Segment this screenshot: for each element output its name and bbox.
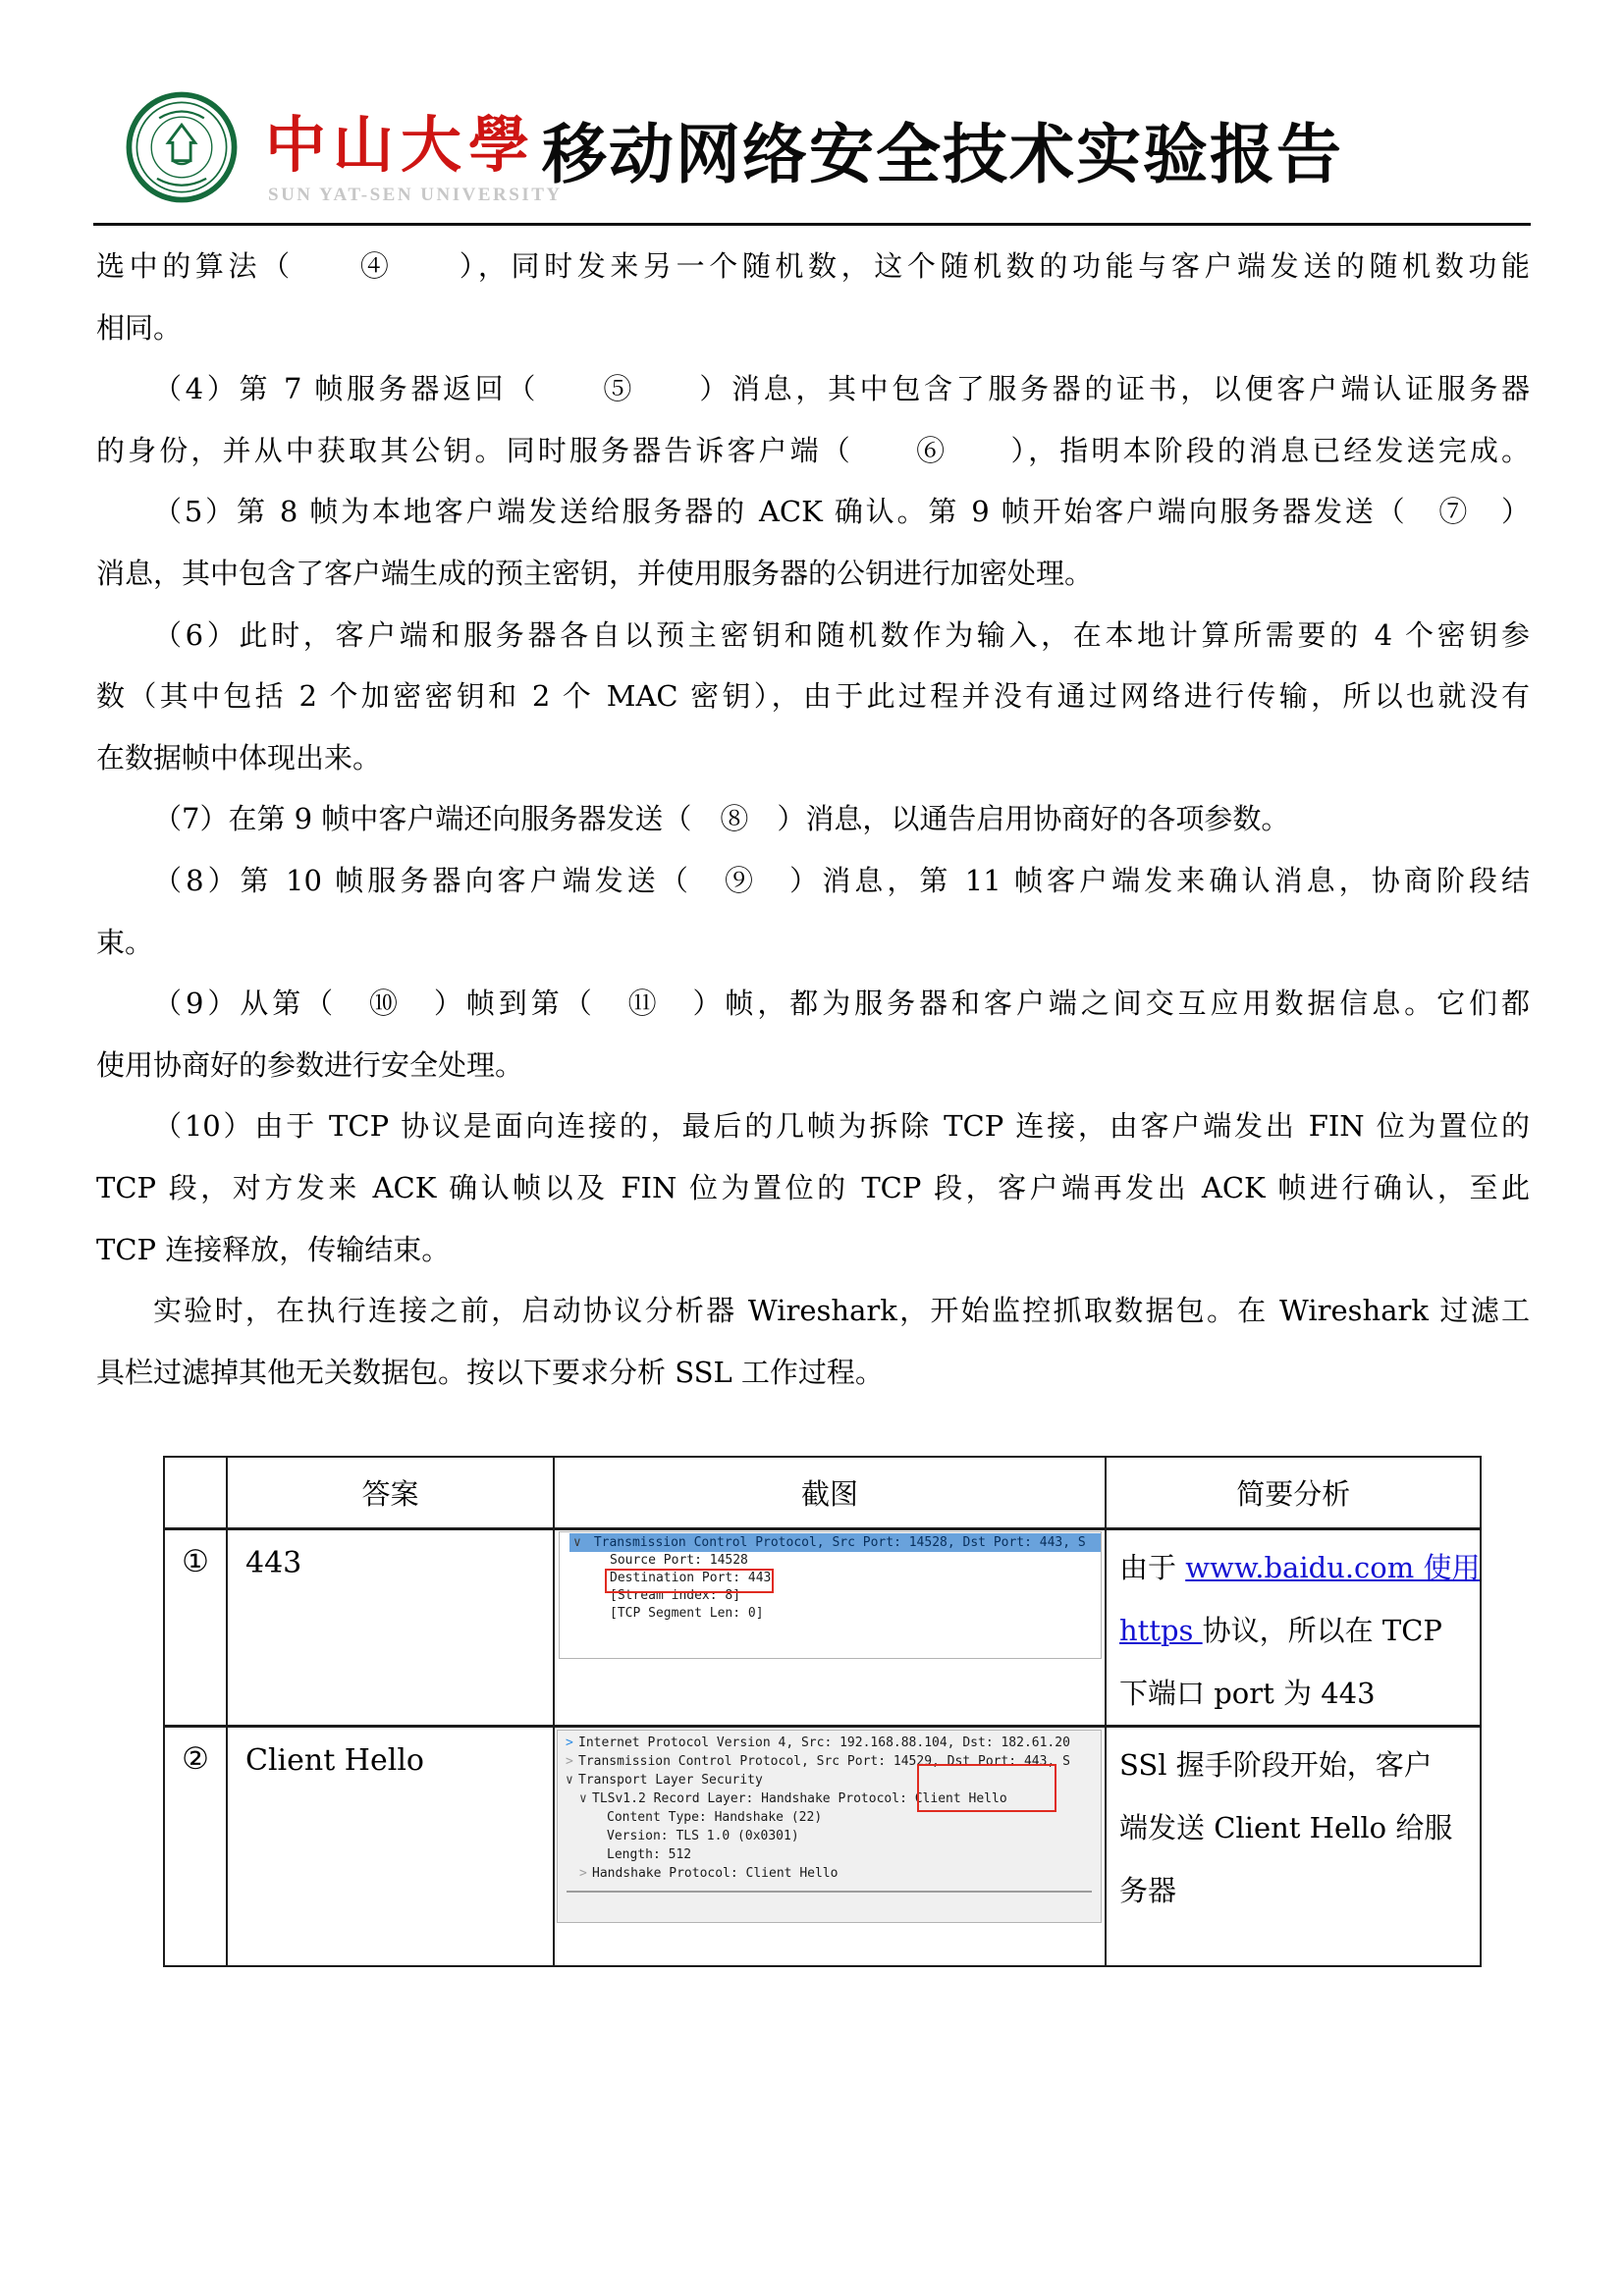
body-line: 实验时，在执行连接之前，启动协议分析器 Wireshark，开始监控抓取数据包。… <box>96 1280 1530 1342</box>
body-line: TCP 段，对方发来 ACK 确认帧以及 FIN 位为置位的 TCP 段，客户端… <box>96 1157 1530 1219</box>
col-header-answer: 答案 <box>227 1457 554 1529</box>
row-number-cell: ① <box>164 1529 227 1727</box>
body-line: 数（其中包括 2 个加密密钥和 2 个 MAC 密钥），由于此过程并没有通过网络… <box>96 666 1530 727</box>
body-line: 束。 <box>96 912 1530 974</box>
analysis-text: 协议，所以在 TCP <box>1203 1614 1442 1647</box>
tree-row-label: [TCP Segment Len: 0] <box>560 1605 1101 1623</box>
tree-row-label: TLSv1.2 Record Layer: Handshake Protocol… <box>592 1791 915 1806</box>
answer-value: Client Hello <box>228 1728 553 1778</box>
table-row: ② Client Hello >Internet Protocol Versio… <box>164 1727 1481 1967</box>
body-line: 具栏过滤掉其他无关数据包。按以下要求分析 SSL 工作过程。 <box>96 1342 1530 1404</box>
body-line: （5）第 8 帧为本地客户端发送给服务器的 ACK 确认。第 9 帧开始客户端向… <box>96 481 1530 543</box>
tree-row-label: Internet Protocol Version 4, Src: 192.16… <box>578 1735 1070 1750</box>
tree-row-label: Transport Layer Security <box>578 1773 763 1788</box>
analysis-text: 端发送 Client Hello 给服 <box>1119 1811 1452 1844</box>
analysis-text: 务器 <box>1119 1874 1176 1907</box>
analysis-line: SSl 握手阶段开始，客户 <box>1107 1734 1480 1796</box>
wireshark-selected-row: ∨ Transmission Control Protocol, Src Por… <box>569 1533 1101 1552</box>
chevron-expanded-icon: ∨ <box>573 1533 586 1552</box>
university-seal-logo <box>126 91 238 203</box>
analysis-line: 下端口 port 为 443 <box>1107 1662 1480 1725</box>
answer-cell: 443 <box>227 1529 554 1727</box>
https-link[interactable]: https <box>1119 1614 1203 1647</box>
university-name-cn: 中山大學 <box>265 96 536 184</box>
body-line: （6）此时，客户端和服务器各自以预主密钥和随机数作为输入，在本地计算所需要的 4… <box>96 605 1530 667</box>
analysis-text: 下端口 port 为 443 <box>1119 1677 1376 1710</box>
tree-row-label: Transmission Control Protocol, Src Port:… <box>594 1535 1086 1550</box>
body-line: 使用协商好的参数进行安全处理。 <box>96 1035 1530 1096</box>
analysis-line: 由于 www.baidu.com 使用 <box>1107 1536 1480 1599</box>
screenshot-cell: >Internet Protocol Version 4, Src: 192.1… <box>554 1727 1106 1967</box>
body-line: 选中的算法（ ④ ），同时发来另一个随机数，这个随机数的功能与客户端发送的随机数… <box>96 236 1530 297</box>
analysis-cell: SSl 握手阶段开始，客户 端发送 Client Hello 给服 务器 <box>1106 1727 1481 1967</box>
col-header-screenshot: 截图 <box>554 1457 1106 1529</box>
body-line: （4）第 7 帧服务器返回（ ⑤ ）消息，其中包含了服务器的证书，以便客户端认证… <box>96 358 1530 420</box>
body-line: TCP 连接释放，传输结束。 <box>96 1219 1530 1281</box>
body-line: （7）在第 9 帧中客户端还向服务器发送（ ⑧ ）消息，以通告启用协商好的各项参… <box>96 788 1530 850</box>
analysis-line: https 协议，所以在 TCP <box>1107 1599 1480 1662</box>
analysis-text: 由于 <box>1119 1551 1185 1584</box>
pane-separator <box>567 1891 1092 1893</box>
row-number: ② <box>165 1728 226 1777</box>
tree-row: >Handshake Protocol: Client Hello <box>558 1864 1101 1883</box>
tree-row-label: Handshake Protocol: Client Hello <box>592 1866 838 1881</box>
wireshark-screenshot-tcp: ∨ Transmission Control Protocol, Src Por… <box>559 1531 1102 1659</box>
tree-row: >Internet Protocol Version 4, Src: 192.1… <box>558 1734 1101 1752</box>
chevron-collapsed-icon: > <box>579 1864 592 1883</box>
answer-value: 443 <box>228 1530 553 1580</box>
body-line: 的身份，并从中获取其公钥。同时服务器告诉客户端（ ⑥ ），指明本阶段的消息已经发… <box>96 420 1530 482</box>
table-header-row: 答案 截图 简要分析 <box>164 1457 1481 1529</box>
tree-row: Length: 512 <box>558 1845 1101 1864</box>
baidu-link[interactable]: www.baidu.com 使用 <box>1185 1551 1480 1584</box>
chevron-expanded-icon: ∨ <box>566 1771 578 1789</box>
tree-row-label: Length: 512 <box>607 1847 691 1862</box>
analysis-cell: 由于 www.baidu.com 使用 https 协议，所以在 TCP 下端口… <box>1106 1529 1481 1727</box>
table-row: ① 443 ∨ Transmission Control Protocol, S… <box>164 1529 1481 1727</box>
chevron-expanded-icon: ∨ <box>579 1789 592 1808</box>
university-name-en: SUN YAT-SEN UNIVERSITY <box>268 185 563 206</box>
chevron-collapsed-icon: > <box>566 1734 578 1752</box>
screenshot-cell: ∨ Transmission Control Protocol, Src Por… <box>554 1529 1106 1727</box>
tree-row-label: Content Type: Handshake (22) <box>607 1810 822 1825</box>
body-line: 消息，其中包含了客户端生成的预主密钥，并使用服务器的公钥进行加密处理。 <box>96 543 1530 605</box>
client-hello-highlight-box <box>917 1764 1056 1812</box>
body-line: （9）从第（ ⑩ ）帧到第（ ⑪ ）帧，都为服务器和客户端之间交互应用数据信息。… <box>96 973 1530 1035</box>
tree-row: Version: TLS 1.0 (0x0301) <box>558 1827 1101 1845</box>
report-title: 移动网络安全技术实验报告 <box>542 102 1343 195</box>
col-header-no <box>164 1457 227 1529</box>
destination-port-highlight-box <box>605 1569 774 1593</box>
header-divider <box>93 223 1531 226</box>
analysis-line: 务器 <box>1107 1859 1480 1922</box>
tree-row-label: Source Port: 14528 <box>560 1552 1101 1570</box>
body-line: 相同。 <box>96 297 1530 359</box>
report-page: 中山大學 SUN YAT-SEN UNIVERSITY 移动网络安全技术实验报告… <box>0 0 1624 2296</box>
tree-row-label: Version: TLS 1.0 (0x0301) <box>607 1829 799 1843</box>
col-header-analysis: 简要分析 <box>1106 1457 1481 1529</box>
answer-cell: Client Hello <box>227 1727 554 1967</box>
wireshark-screenshot-tls: >Internet Protocol Version 4, Src: 192.1… <box>557 1730 1102 1923</box>
analysis-text: SSl 握手阶段开始，客户 <box>1119 1748 1433 1782</box>
chevron-collapsed-icon: > <box>566 1752 578 1771</box>
analysis-line: 端发送 Client Hello 给服 <box>1107 1796 1480 1859</box>
row-number: ① <box>165 1530 226 1579</box>
row-number-cell: ② <box>164 1727 227 1967</box>
body-line: （10）由于 TCP 协议是面向连接的，最后的几帧为拆除 TCP 连接，由客户端… <box>96 1095 1530 1157</box>
body-line: （8）第 10 帧服务器向客户端发送（ ⑨ ）消息，第 11 帧客户端发来确认消… <box>96 850 1530 912</box>
body-line: 在数据帧中体现出来。 <box>96 727 1530 789</box>
answer-table: 答案 截图 简要分析 ① 443 ∨ Transmission Control … <box>163 1456 1482 1967</box>
body-text: 选中的算法（ ④ ），同时发来另一个随机数，这个随机数的功能与客户端发送的随机数… <box>96 236 1530 1403</box>
